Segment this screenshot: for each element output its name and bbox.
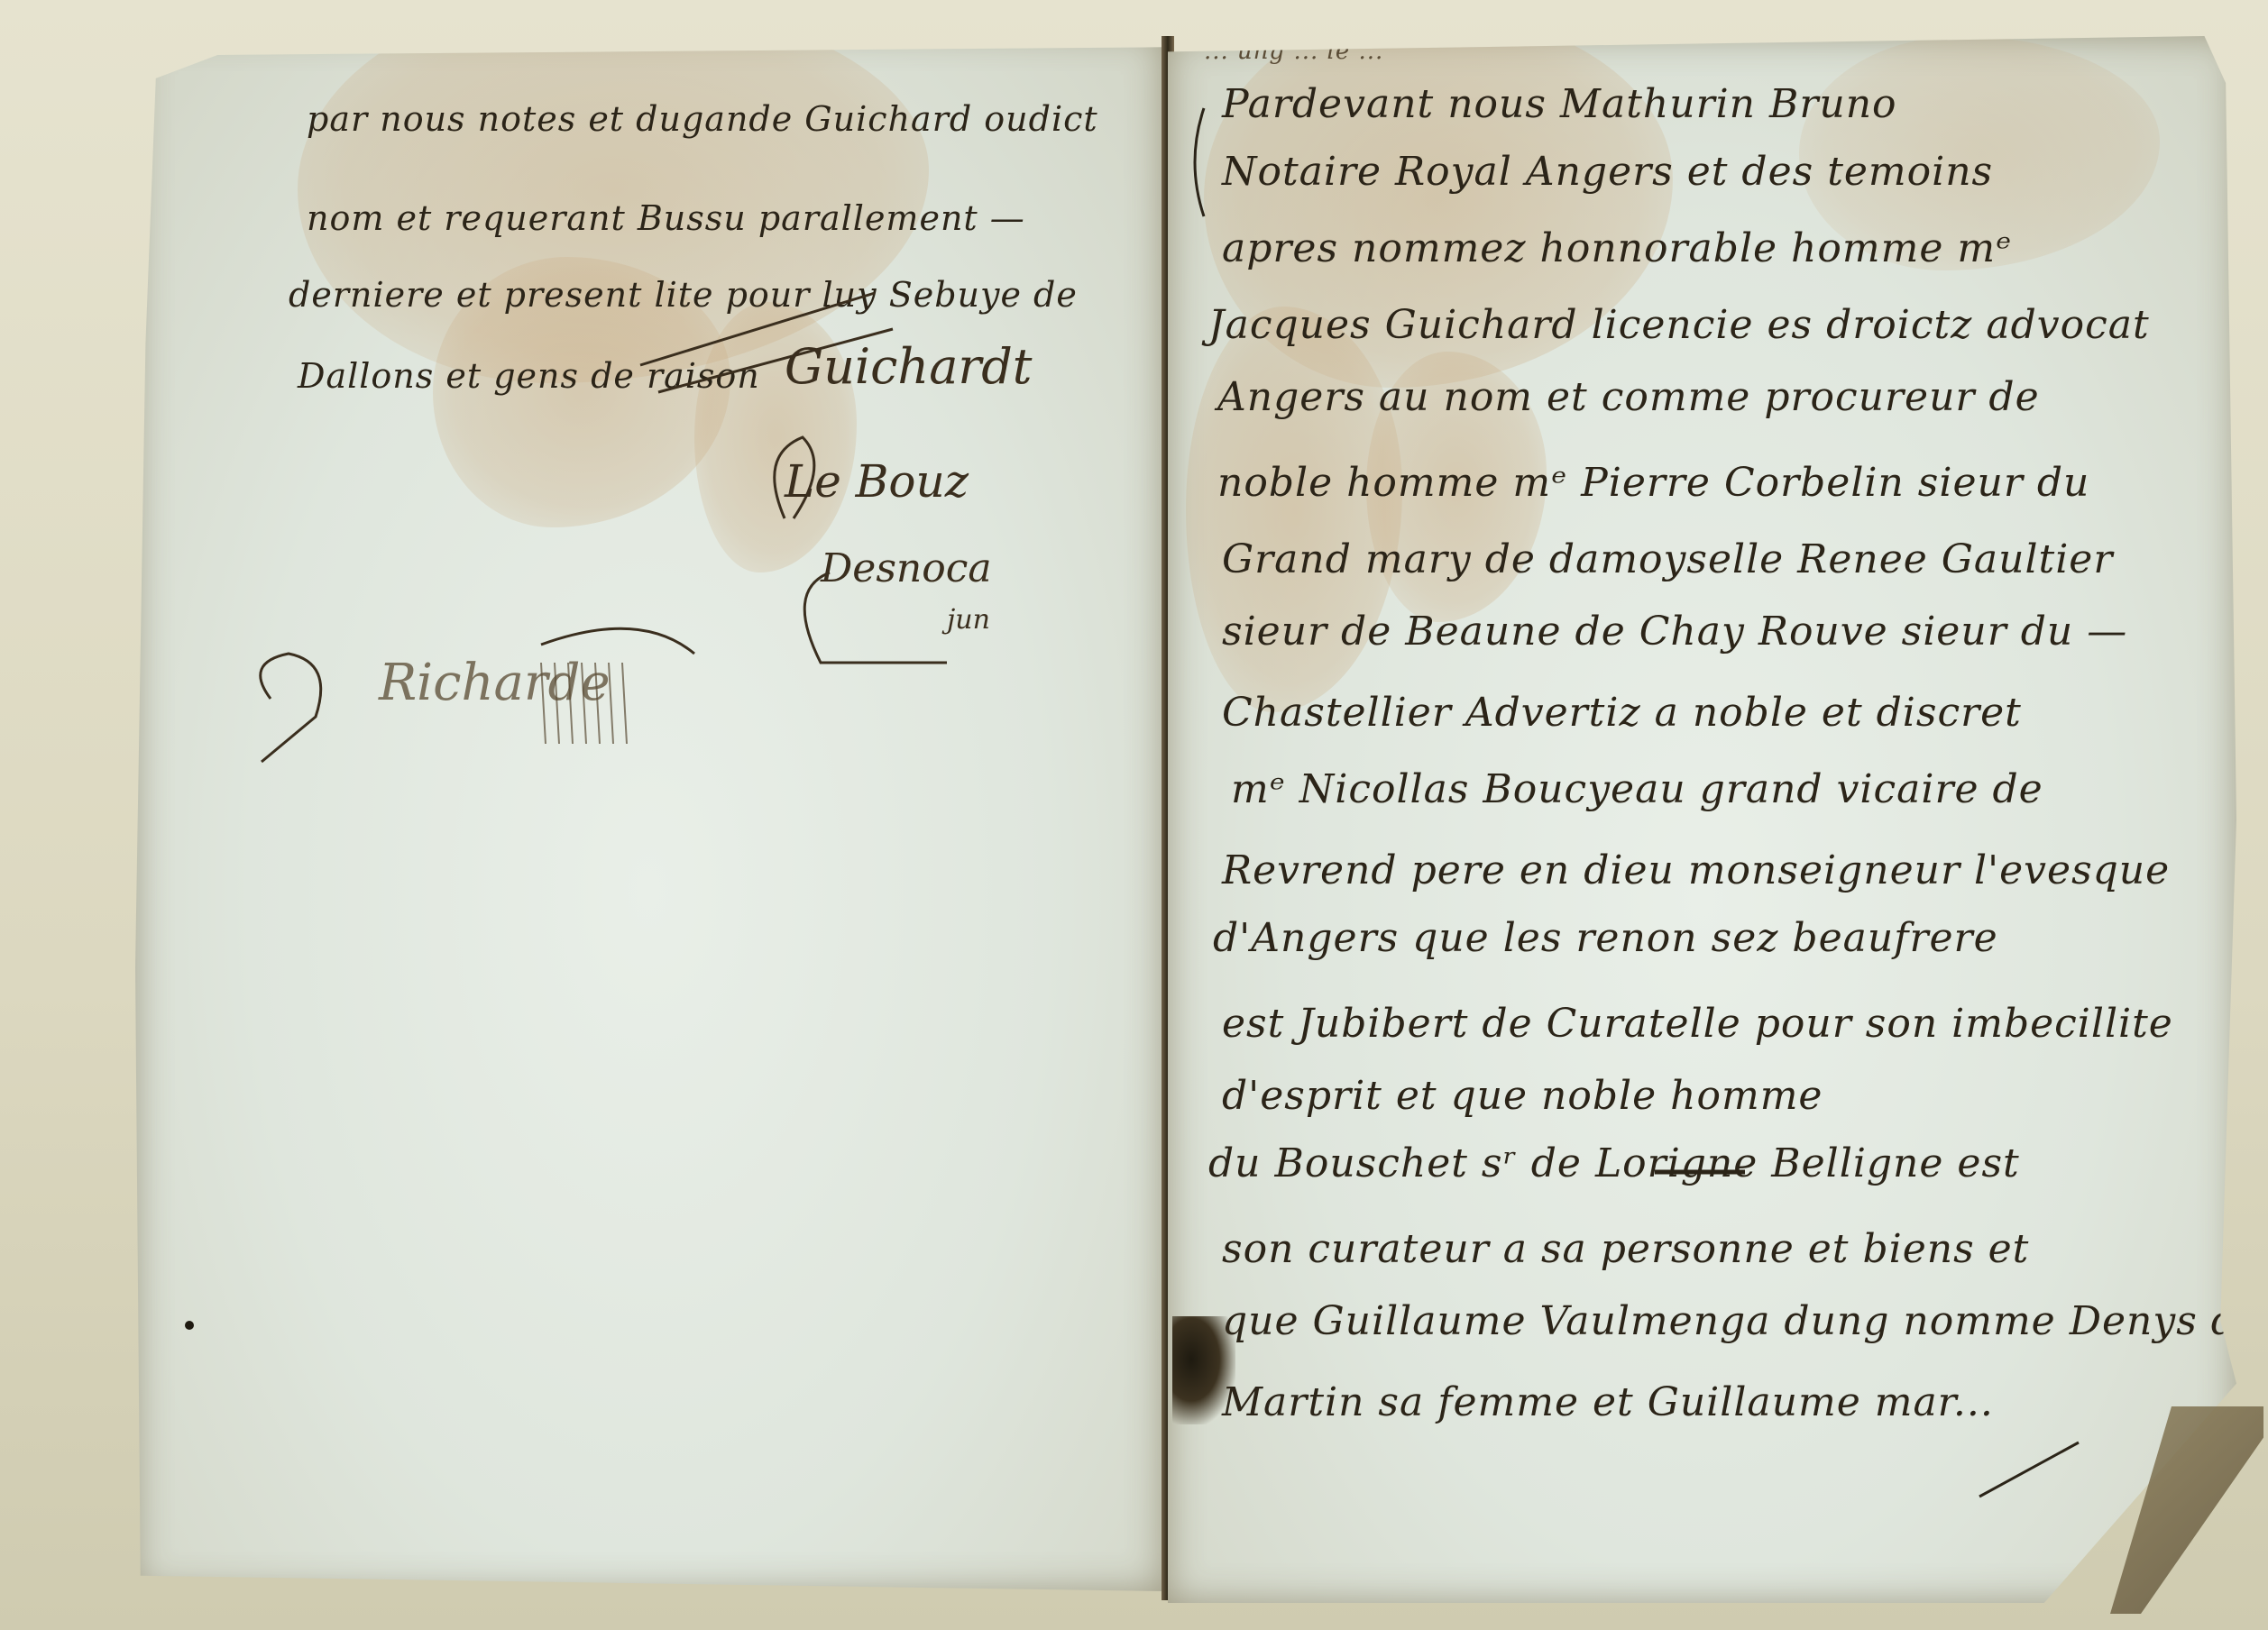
manuscript-flourishes <box>1168 36 2236 1603</box>
right-manuscript-page: ... ung ... le ... Pardevant nous Mathur… <box>1168 36 2236 1603</box>
ink-blot-stain <box>1172 1316 1235 1424</box>
signature-flourishes <box>135 32 1163 1591</box>
left-manuscript-page: par nous notes et dugande Guichard oudic… <box>135 32 1163 1591</box>
